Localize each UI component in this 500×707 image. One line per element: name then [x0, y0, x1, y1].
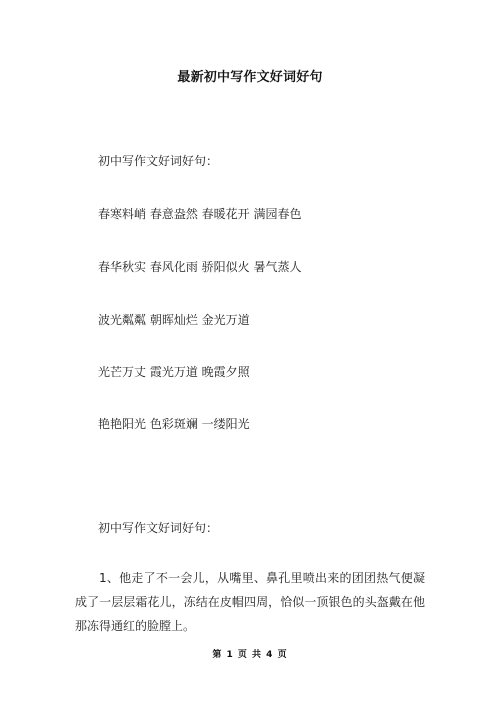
phrase-line: 波光粼粼 朝晖灿烂 金光万道 [98, 311, 250, 328]
section-heading: 初中写作文好词好句： [98, 519, 218, 536]
example-paragraph: 1、他走了不一会儿，从嘴里、鼻孔里喷出来的团团热气便凝成了一层层霜花儿，冻结在皮… [75, 566, 425, 638]
section-heading: 初中写作文好词好句： [98, 152, 218, 169]
document-page: 最新初中写作文好词好句 初中写作文好词好句： 春寒料峭 春意盎然 春暖花开 满园… [0, 0, 500, 707]
phrase-line: 春华秋实 春风化雨 骄阳似火 暑气蒸人 [98, 258, 301, 275]
phrase-line: 光芒万丈 霞光万道 晚霞夕照 [98, 363, 250, 380]
page-number-footer: 第 1 页 共 4 页 [0, 647, 500, 660]
phrase-line: 春寒料峭 春意盎然 春暖花开 满园春色 [98, 205, 301, 222]
phrase-line: 艳艳阳光 色彩斑斓 一缕阳光 [98, 415, 250, 432]
document-title: 最新初中写作文好词好句 [0, 66, 500, 85]
